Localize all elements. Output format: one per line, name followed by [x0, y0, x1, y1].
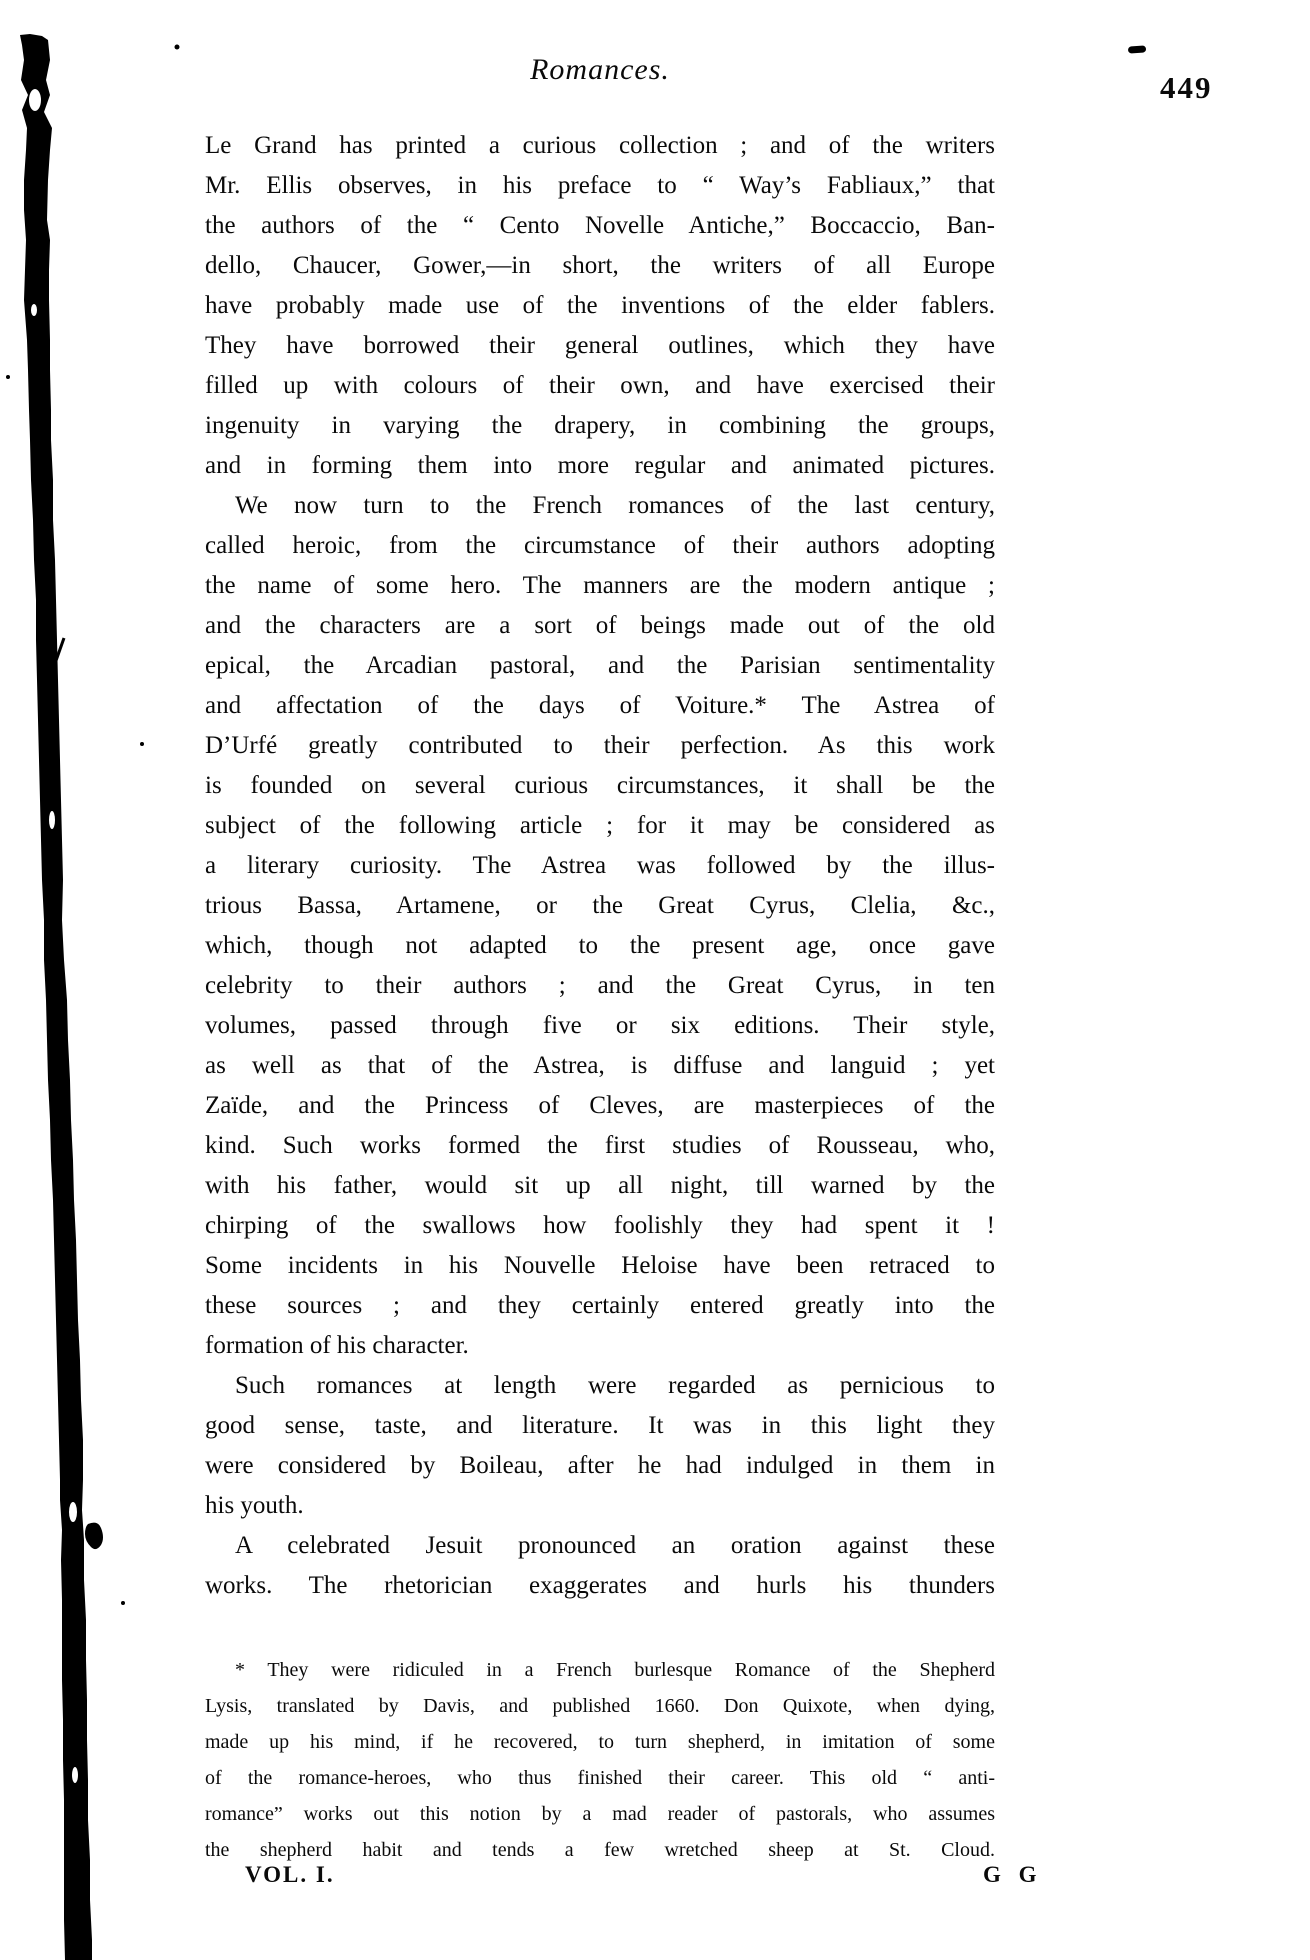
text-line: with his father, would sit up all night,… [205, 1166, 995, 1206]
text-line: We now turn to the French romances of th… [205, 486, 995, 526]
text-line: the authors of the “ Cento Novelle Antic… [205, 206, 995, 246]
text-line: his youth. [205, 1486, 995, 1526]
streak-gap [72, 1767, 78, 1783]
text-line: as well as that of the Astrea, is diffus… [205, 1046, 995, 1086]
text-line: A celebrated Jesuit pronounced an oratio… [205, 1526, 995, 1566]
text-line: the name of some hero. The manners are t… [205, 566, 995, 606]
text-line: filled up with colours of their own, and… [205, 366, 995, 406]
text-line: have probably made use of the inventions… [205, 286, 995, 326]
footer-volume: VOL. I. [245, 1862, 335, 1888]
text-line: volumes, passed through five or six edit… [205, 1006, 995, 1046]
text-line: They have borrowed their general outline… [205, 326, 995, 366]
text-line: and affectation of the days of Voiture.*… [205, 686, 995, 726]
text-line: subject of the following article ; for i… [205, 806, 995, 846]
text-line: kind. Such works formed the first studie… [205, 1126, 995, 1166]
ink-speck [121, 1601, 125, 1605]
ink-blob [85, 1523, 103, 1549]
ink-speck [140, 742, 144, 746]
text-line: chirping of the swallows how foolishly t… [205, 1206, 995, 1246]
text-line: Some incidents in his Nouvelle Heloise h… [205, 1246, 995, 1286]
text-line: called heroic, from the circumstance of … [205, 526, 995, 566]
text-line: Such romances at length were regarded as… [205, 1366, 995, 1406]
text-line: Lysis, translated by Davis, and publishe… [205, 1688, 995, 1724]
header-dash [1128, 45, 1146, 53]
text-line: formation of his character. [205, 1326, 995, 1366]
text-line: is founded on several curious circumstan… [205, 766, 995, 806]
text-line: Zaïde, and the Princess of Cleves, are m… [205, 1086, 995, 1126]
text-line: celebrity to their authors ; and the Gre… [205, 966, 995, 1006]
text-line: of the romance-heroes, who thus finished… [205, 1760, 995, 1796]
streak-gap [49, 811, 55, 829]
text-line: made up his mind, if he recovered, to tu… [205, 1724, 995, 1760]
text-line: good sense, taste, and literature. It wa… [205, 1406, 995, 1446]
book-page: Romances. 449 Le Grand has printed a cur… [0, 0, 1310, 1960]
text-line: Le Grand has printed a curious collectio… [205, 126, 995, 166]
text-line: * They were ridiculed in a French burles… [205, 1652, 995, 1688]
streak-gap [69, 1502, 77, 1522]
text-line: and the characters are a sort of beings … [205, 606, 995, 646]
body-paragraphs: Le Grand has printed a curious collectio… [205, 126, 995, 1606]
text-line: which, though not adapted to the present… [205, 926, 995, 966]
footnote: * They were ridiculed in a French burles… [205, 1652, 995, 1868]
page-title: Romances. [205, 50, 995, 90]
text-line: were considered by Boileau, after he had… [205, 1446, 995, 1486]
streak-gap [29, 89, 41, 111]
binding-streak [20, 34, 92, 1960]
text-line: ingenuity in varying the drapery, in com… [205, 406, 995, 446]
footer-signature: G G [983, 1862, 1043, 1888]
text-line: Mr. Ellis observes, in his preface to “ … [205, 166, 995, 206]
streak-gap [31, 304, 37, 316]
text-line: works. The rhetorician exaggerates and h… [205, 1566, 995, 1606]
ink-speck [175, 45, 180, 50]
ink-speck [6, 375, 10, 379]
page-number: 449 [1160, 68, 1240, 108]
text-line: trious Bassa, Artamene, or the Great Cyr… [205, 886, 995, 926]
text-line: epical, the Arcadian pastoral, and the P… [205, 646, 995, 686]
text-line: these sources ; and they certainly enter… [205, 1286, 995, 1326]
text-line: and in forming them into more regular an… [205, 446, 995, 486]
text-line: romance” works out this notion by a mad … [205, 1796, 995, 1832]
text-line: a literary curiosity. The Astrea was fol… [205, 846, 995, 886]
text-line: D’Urfé greatly contributed to their perf… [205, 726, 995, 766]
text-line: dello, Chaucer, Gower,—in short, the wri… [205, 246, 995, 286]
